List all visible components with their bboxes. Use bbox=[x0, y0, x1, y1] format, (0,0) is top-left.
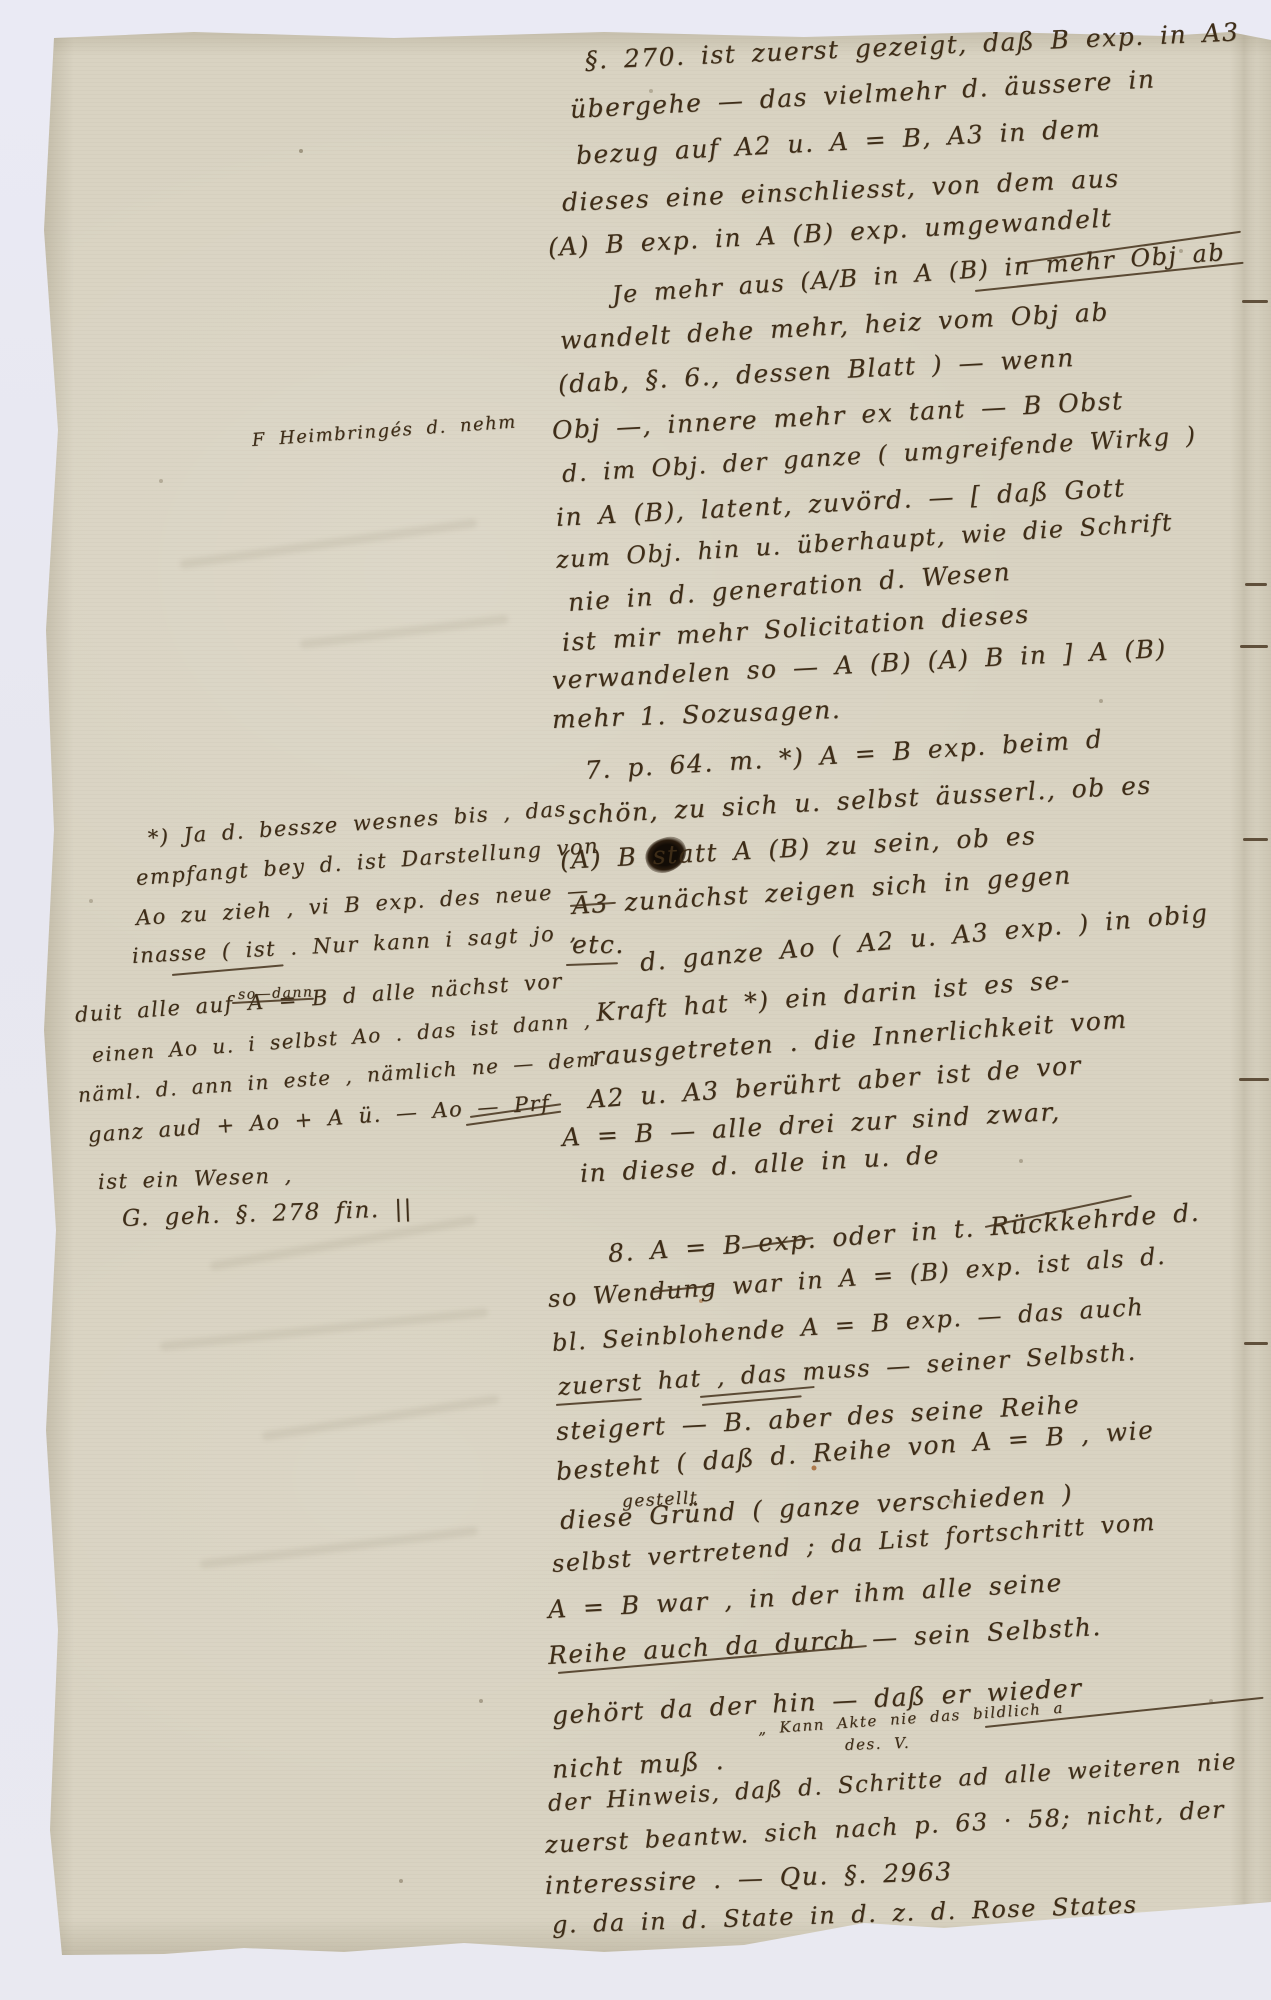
handwritten-line: d. ganze Ao ( A2 u. A3 exp. ) in obig bbox=[639, 900, 1209, 975]
handwritten-line: des. V. bbox=[845, 1736, 911, 1753]
handwritten-line: bezug auf A2 u. A = B, A3 in dem bbox=[575, 116, 1101, 168]
handwritten-line: g. da in d. State in d. z. d. Rose State… bbox=[552, 1893, 1138, 1937]
handwritten-line: übergehe — das vielmehr d. äussere in bbox=[569, 66, 1156, 122]
margin-note-line: F Heimbringés d. nehm bbox=[251, 414, 517, 450]
handwritten-line: A3 zunächst zeigen sich in gegen bbox=[571, 862, 1072, 918]
margin-note-line: Ao zu zieh , vi B exp. des neue — bbox=[135, 880, 590, 929]
manuscript-scan: §. 270. ist zuerst gezeigt, daß B exp. i… bbox=[0, 0, 1271, 2000]
margin-note-line: ist ein Wesen , bbox=[98, 1165, 293, 1193]
handwritten-line: (dab, §. 6., dessen Blatt ) — wenn bbox=[557, 345, 1075, 397]
handwritten-line: etc. bbox=[572, 932, 625, 957]
handwritten-line: mehr 1. Sozusagen. bbox=[552, 697, 842, 732]
handwritten-line: interessire . — Qu. §. 2963 bbox=[545, 1859, 954, 1898]
margin-note-line: inasse ( ist . Nur kann i sagt jo , bbox=[131, 923, 578, 967]
edge-dash-stroke bbox=[1245, 583, 1267, 586]
ink-stroke bbox=[566, 962, 618, 966]
margin-note-line: G. geh. §. 278 fin. || bbox=[122, 1198, 414, 1231]
edge-dash-stroke bbox=[1242, 300, 1268, 303]
handwritten-line: A = B war , in der ihm alle seine bbox=[547, 1570, 1063, 1622]
handwritten-line: (A) B statt A (B) zu sein, ob es bbox=[559, 823, 1037, 873]
handwritten-line: Reihe auch da durch — sein Selbsth. bbox=[547, 1614, 1102, 1668]
handwritten-line: nicht muß . bbox=[551, 1748, 725, 1782]
handwritten-line: schön, zu sich u. selbst äusserl., ob es bbox=[567, 772, 1152, 828]
handwriting-layer: §. 270. ist zuerst gezeigt, daß B exp. i… bbox=[0, 0, 1271, 2000]
edge-dash-stroke bbox=[1240, 645, 1268, 648]
handwritten-line: 7. p. 64. m. *) A = B exp. beim d bbox=[584, 726, 1104, 783]
edge-dash-stroke bbox=[1243, 838, 1268, 841]
edge-dash-stroke bbox=[1244, 1342, 1268, 1345]
edge-dash-stroke bbox=[1239, 1078, 1269, 1081]
ink-stroke bbox=[172, 964, 284, 976]
handwritten-line: in diese d. alle in u. de bbox=[579, 1142, 940, 1186]
